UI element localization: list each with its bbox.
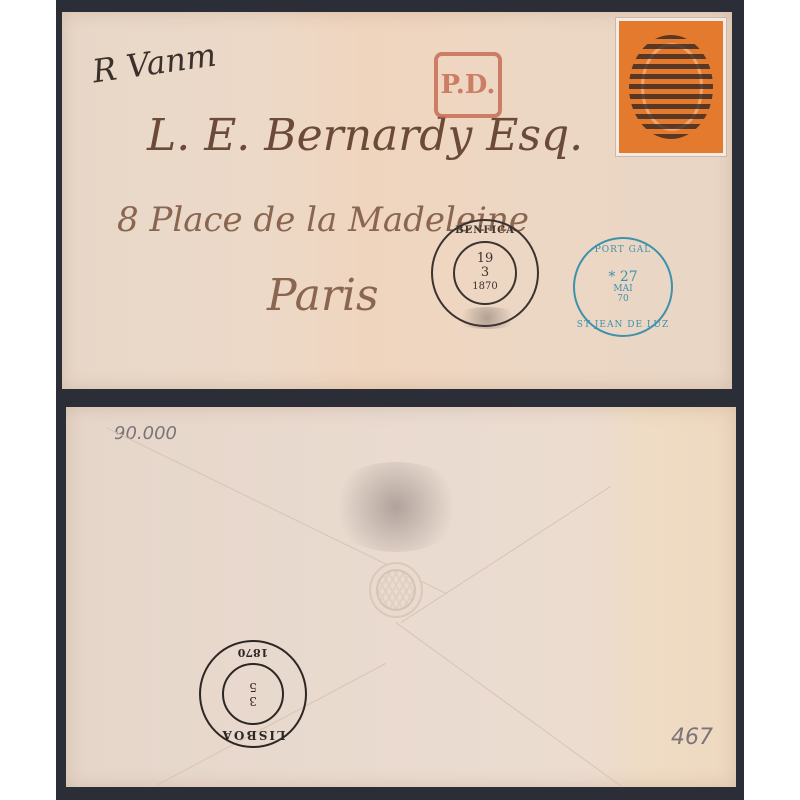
postmark-month: MAI: [613, 284, 632, 294]
postmark-day: 19: [477, 252, 494, 266]
envelope-front: R Vanm L. E. Bernardy Esq. 8 Place de la…: [62, 12, 732, 389]
embossed-seal: [369, 562, 423, 618]
postmark-date: * 27: [608, 270, 637, 284]
pd-mark: P.D.: [434, 52, 502, 118]
postmark-top-text: PORT GAL: [595, 245, 652, 255]
address-line-3: Paris: [267, 270, 379, 321]
postmark-bottom-text: ST JEAN DE LUZ: [577, 320, 669, 330]
st-jean-de-luz-postmark: PORT GAL * 27 MAI 70 ST JEAN DE LUZ: [573, 237, 673, 337]
postmark-star: *: [608, 269, 615, 285]
ink-smudge: [452, 307, 522, 329]
stamp-cancel: [629, 35, 713, 139]
postmark-day: 3: [249, 694, 257, 708]
route-note: R Vanm: [90, 36, 219, 91]
postmark-month: 3: [481, 266, 489, 280]
postmark-month: 5: [249, 680, 257, 694]
flap-fold-lower: [395, 622, 622, 787]
pencil-value: 90.000: [114, 423, 177, 444]
postmark-day: 27: [620, 269, 638, 285]
postmark-town: BENFICA: [455, 225, 515, 236]
postmark-year: 1870: [238, 646, 269, 659]
lisboa-postmark: LISBOA 3 5 1870: [199, 640, 307, 748]
postage-stamp: [616, 18, 726, 156]
address-line-1: L. E. Bernardy Esq.: [147, 110, 583, 161]
pencil-number: 467: [671, 725, 713, 750]
postmark-year: 70: [617, 294, 628, 304]
envelope-back: 90.000 467 LISBOA 3 5 1870: [66, 407, 736, 787]
postmark-town: LISBOA: [221, 728, 286, 742]
postmark-year: 1870: [472, 280, 497, 294]
transfer-smudge: [326, 462, 466, 552]
